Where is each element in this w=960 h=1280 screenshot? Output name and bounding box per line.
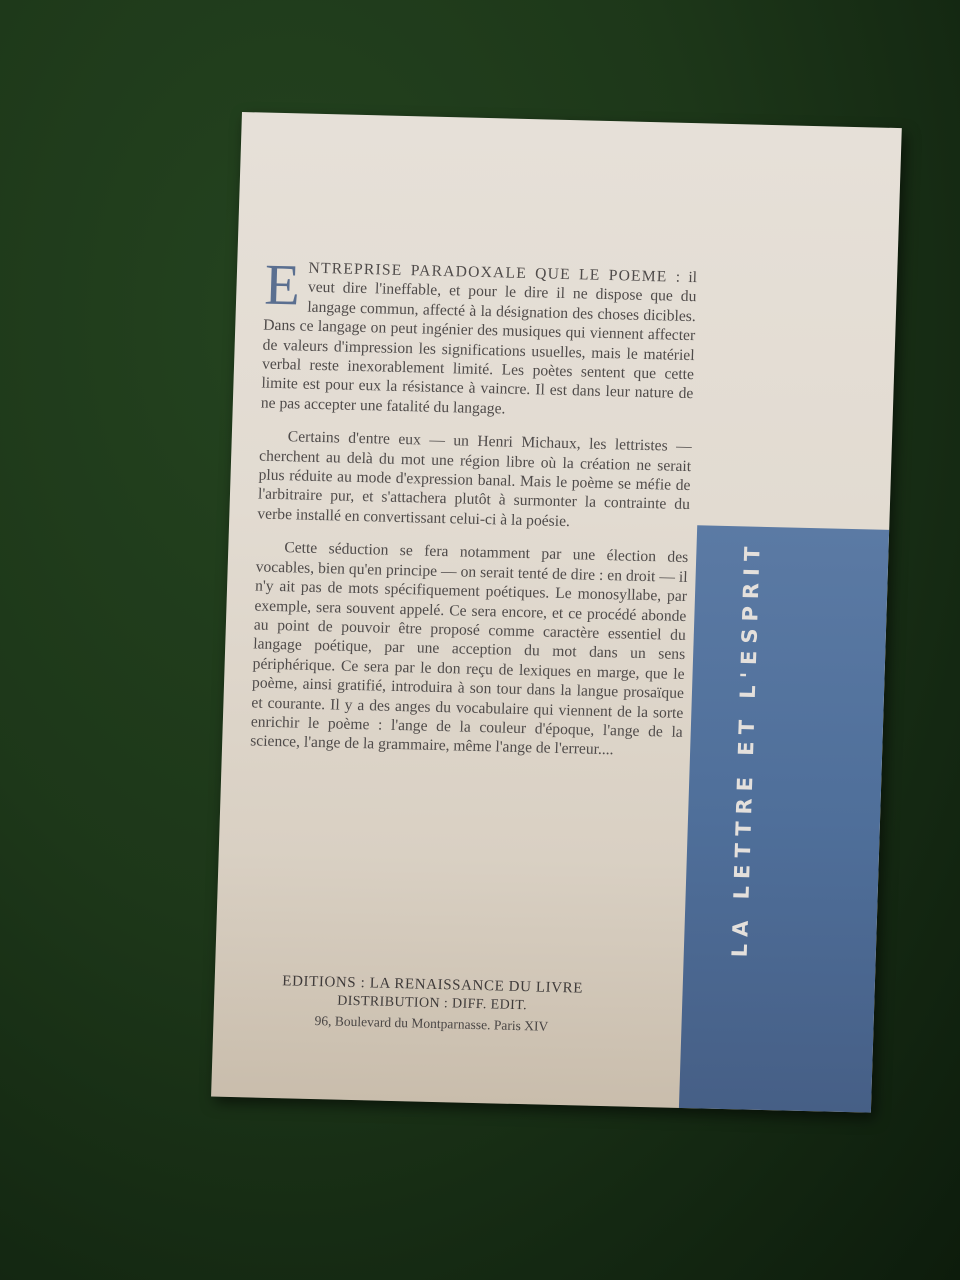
drop-cap: E (264, 262, 301, 309)
paragraph-1: ENTREPRISE PARADOXALE QUE LE POEME : il … (261, 258, 698, 424)
series-band: LA LETTRE ET L'ESPRIT (679, 525, 889, 1112)
paragraph-1-body: il veut dire l'ineffable, et pour le dir… (261, 269, 698, 417)
paragraph-2: Certains d'entre eux — un Henri Michaux,… (257, 427, 692, 535)
paragraph-3: Cette séduction se fera notamment par un… (250, 538, 689, 762)
publisher-info: EDITIONS : LA RENAISSANCE DU LIVRE DISTR… (241, 972, 623, 1036)
blurb-text: ENTREPRISE PARADOXALE QUE LE POEME : il … (249, 258, 697, 776)
series-title: LA LETTRE ET L'ESPRIT (728, 539, 765, 957)
book-back-cover: ENTREPRISE PARADOXALE QUE LE POEME : il … (211, 112, 902, 1113)
